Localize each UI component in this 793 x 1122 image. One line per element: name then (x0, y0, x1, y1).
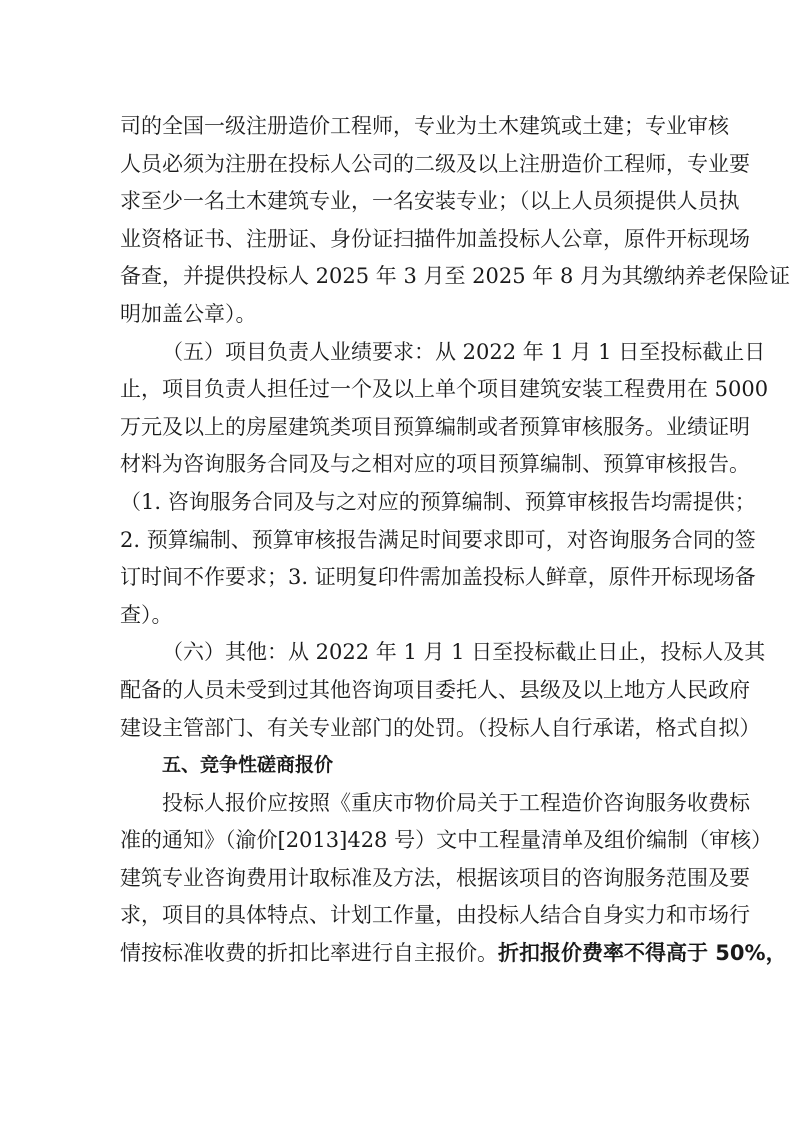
text-line: 求，项目的具体特点、计划工作量，由投标人结合自身实力和市场行 (120, 897, 676, 935)
text-line: 建筑专业咨询费用计取标准及方法，根据该项目的咨询服务范围及要 (120, 860, 676, 898)
text-line: 配备的人员未受到过其他咨询项目委托人、县级及以上地方人民政府 (120, 672, 676, 710)
pricing-normal-text: 情按标准收费的折扣比率进行自主报价。 (120, 941, 498, 965)
text-line: 司的全国一级注册造价工程师，专业为土木建筑或土建；专业审核 (120, 108, 676, 146)
text-line: 业资格证书、注册证、身份证扫描件加盖投标人公章，原件开标现场 (120, 221, 676, 259)
text-line: 万元及以上的房屋建筑类项目预算编制或者预算审核服务。业绩证明 (120, 409, 676, 447)
document-page: 司的全国一级注册造价工程师，专业为土木建筑或土建；专业审核 人员必须为注册在投标… (120, 108, 676, 973)
text-line: 准的通知》（渝价[2013]428 号）文中工程量清单及组价编制（审核） (120, 822, 676, 860)
section-heading: 五、竞争性磋商报价 (120, 747, 676, 785)
text-line: 人员必须为注册在投标人公司的二级及以上注册造价工程师，专业要 (120, 146, 676, 184)
text-line-mixed: 情按标准收费的折扣比率进行自主报价。折扣报价费率不得高于 50%， (120, 935, 676, 973)
text-line: 止，项目负责人担任过一个及以上单个项目建筑安装工程费用在 5000 (120, 371, 676, 409)
text-line: 2. 预算编制、预算审核报告满足时间要求即可，对咨询服务合同的签 (120, 522, 676, 560)
section-6-line: （六）其他：从 2022 年 1 月 1 日至投标截止日止，投标人及其 (120, 634, 676, 672)
text-line: 材料为咨询服务合同及与之相对应的项目预算编制、预算审核报告。 (120, 446, 676, 484)
text-line: 备查，并提供投标人 2025 年 3 月至 2025 年 8 月为其缴纳养老保险… (120, 258, 676, 296)
text-line: （1. 咨询服务合同及与之对应的预算编制、预算审核报告均需提供； (120, 484, 676, 522)
section-5-line: （五）项目负责人业绩要求：从 2022 年 1 月 1 日至投标截止日 (120, 334, 676, 372)
pricing-line: 投标人报价应按照《重庆市物价局关于工程造价咨询服务收费标 (120, 785, 676, 823)
text-line: 建设主管部门、有关专业部门的处罚。（投标人自行承诺，格式自拟） (120, 710, 676, 748)
text-line: 查）。 (120, 597, 676, 635)
text-line: 求至少一名土木建筑专业，一名安装专业；（以上人员须提供人员执 (120, 183, 676, 221)
text-line: 明加盖公章）。 (120, 296, 676, 334)
pricing-bold-text: 折扣报价费率不得高于 50%， (498, 941, 787, 965)
text-line: 订时间不作要求；3. 证明复印件需加盖投标人鲜章，原件开标现场备 (120, 559, 676, 597)
